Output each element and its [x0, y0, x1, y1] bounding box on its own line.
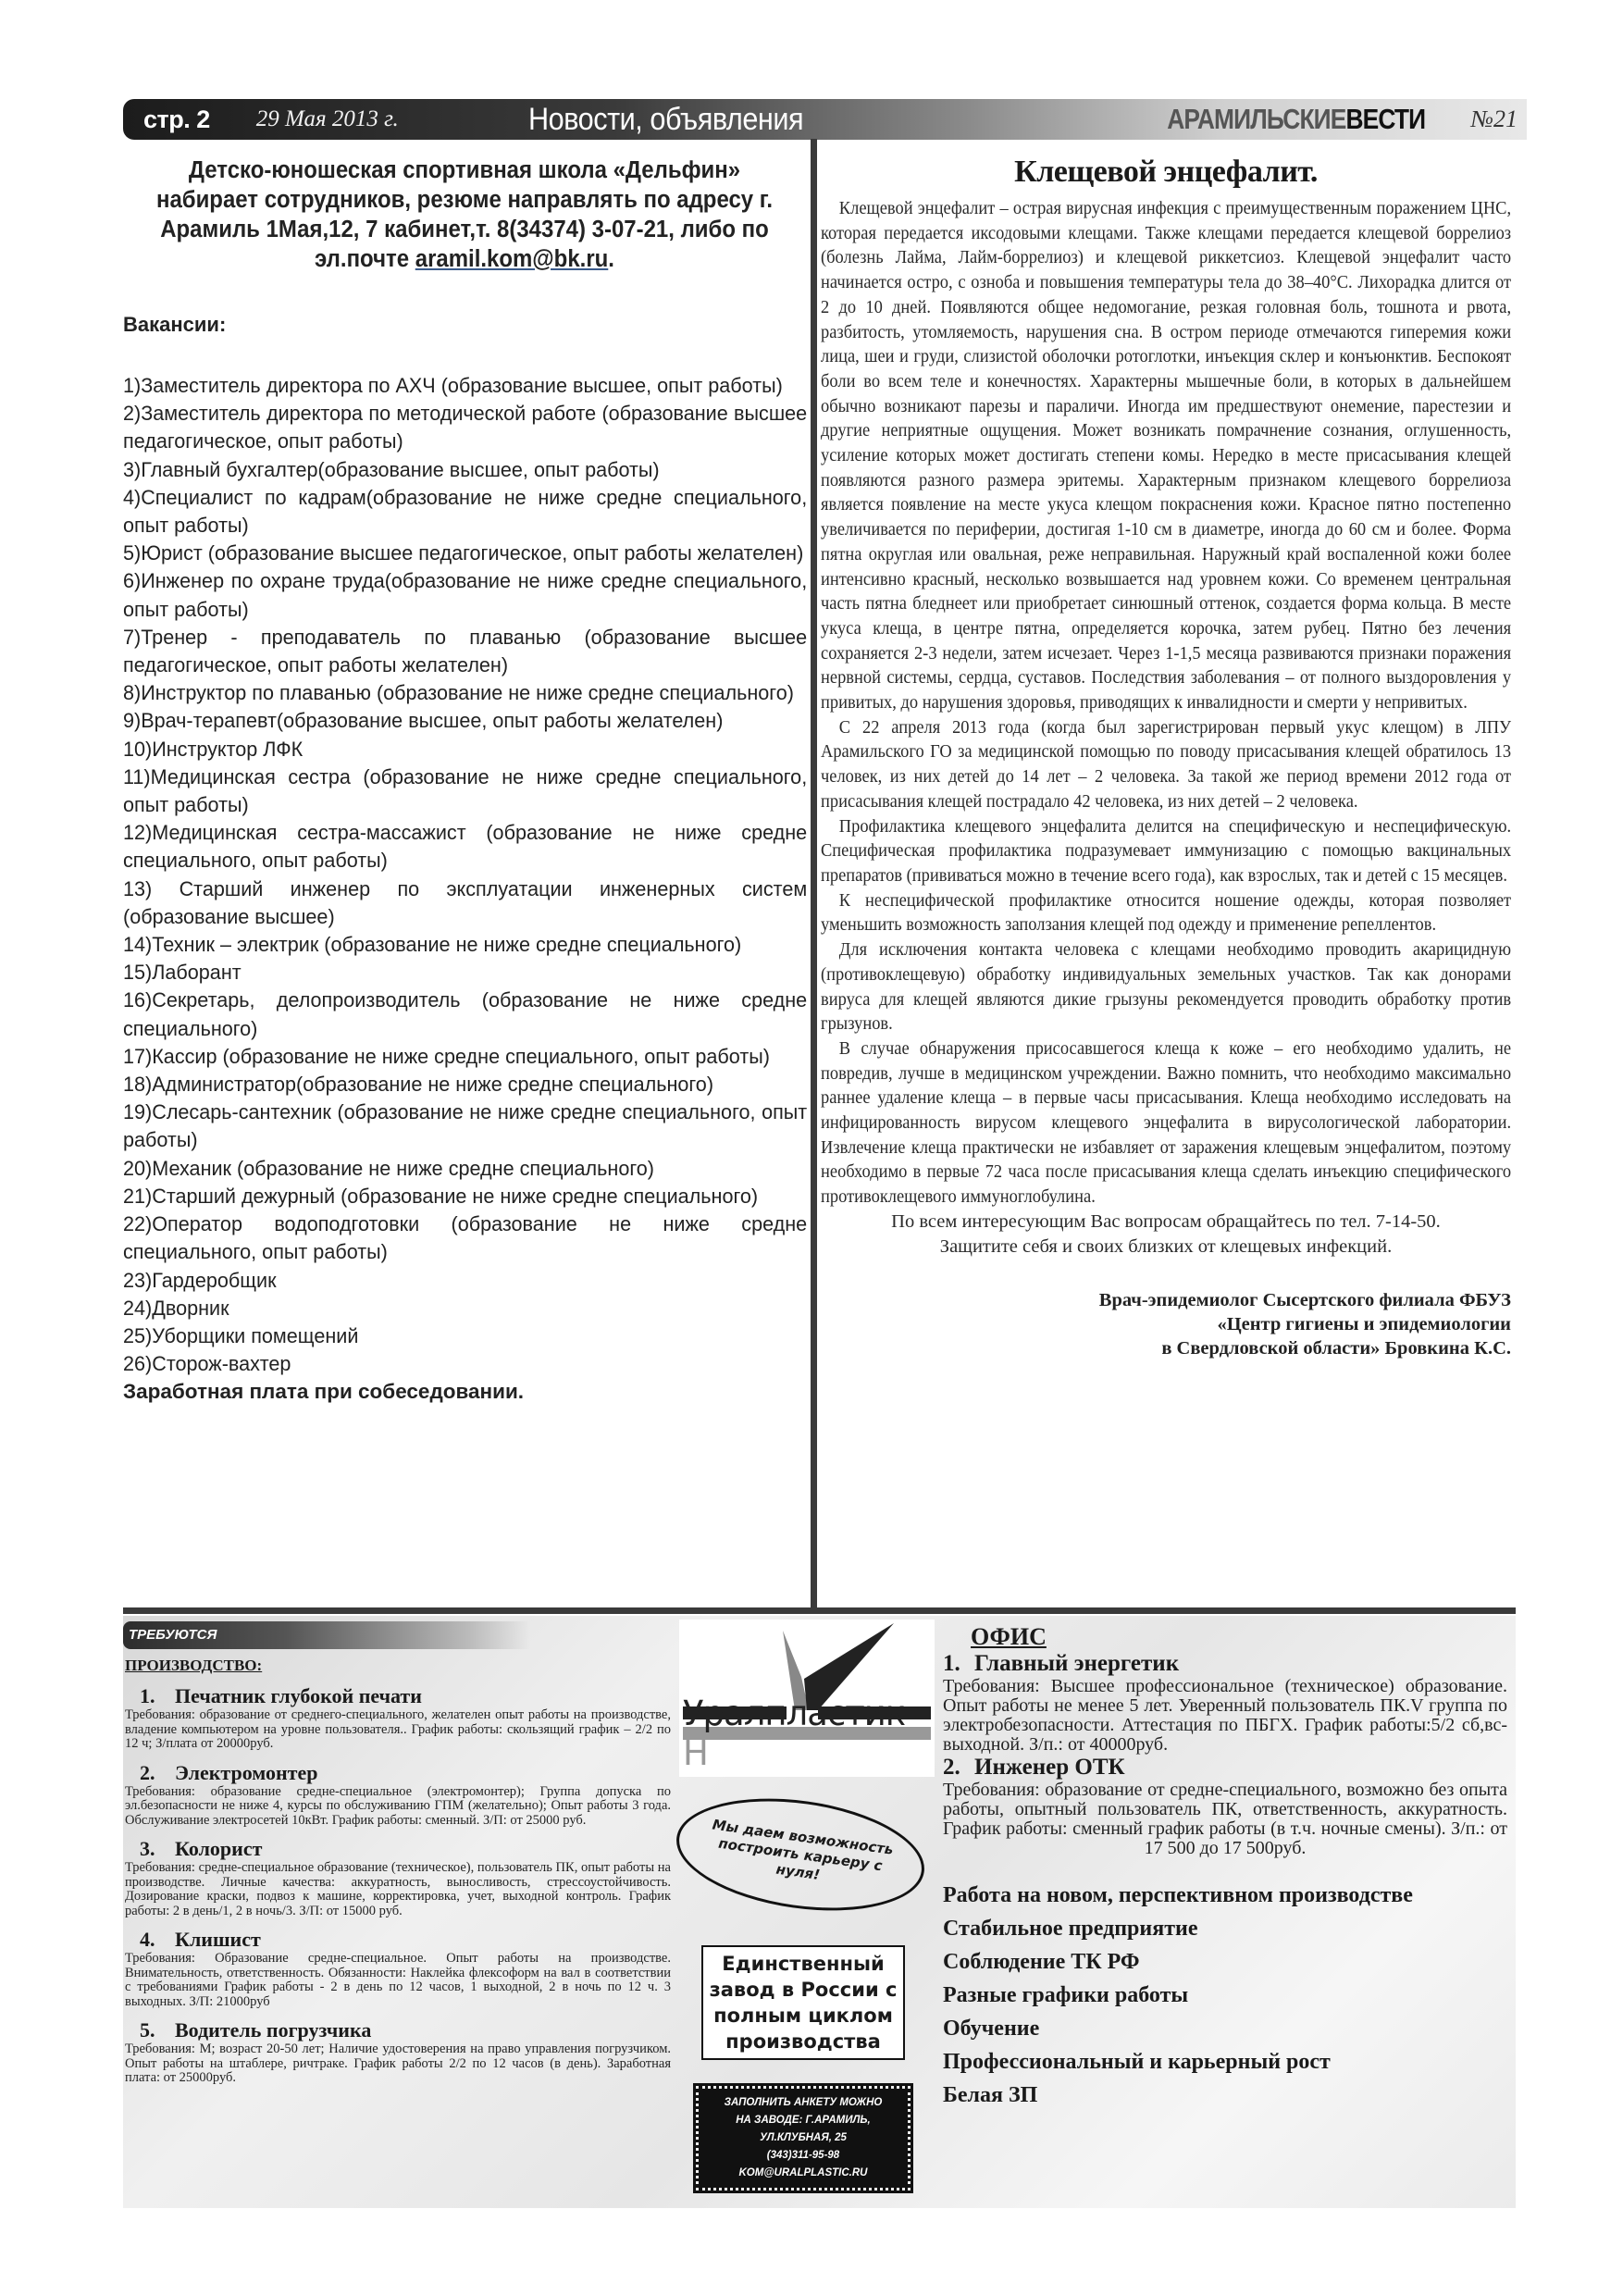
job-number: 2.	[943, 1755, 974, 1781]
vacancy-item: 23)Гардеробщик	[123, 1267, 807, 1295]
vacancy-item: 20)Механик (образование не ниже средне с…	[123, 1155, 807, 1183]
contact-line: НА ЗАВОДЕ: Г.АРАМИЛЬ,	[702, 2112, 904, 2129]
benefit-item: Соблюдение ТК РФ	[943, 1945, 1507, 1979]
company-name-main: Уралпластик-	[683, 1694, 917, 1733]
job-number: 4.	[140, 1928, 175, 1952]
vacancy-item: 1)Заместитель директора по АХЧ (образова…	[123, 372, 807, 400]
article-paragraph: Для исключения контакта человека с клеща…	[821, 937, 1511, 1036]
job-title-text: Главный энергетик	[974, 1651, 1179, 1676]
article-paragraph: С 22 апреля 2013 года (когда был зарегис…	[821, 715, 1511, 814]
ad-tag: ТРЕБУЮТСЯ	[123, 1621, 530, 1649]
salary-note: Заработная плата при собеседовании.	[123, 1378, 806, 1406]
office-job-requirements: Требования: образование от средне-специа…	[943, 1781, 1507, 1858]
office-job-title: 2.Инженер ОТК	[943, 1755, 1507, 1781]
vacancy-item: 6)Инженер по охране труда(образование не…	[123, 567, 807, 623]
job-title: 1.Печатник глубокой печати	[125, 1684, 671, 1708]
job-requirements: Требования: М; возраст 20-50 лет; Наличи…	[125, 2042, 671, 2086]
benefit-item: Обучение	[943, 2012, 1507, 2045]
vacancy-item: 9)Врач-терапевт(образование высшее, опыт…	[123, 707, 807, 735]
brand-bold: ВЕСТИ	[1345, 103, 1425, 135]
school-vacancies: Детско-юношеская спортивная школа «Дельф…	[123, 155, 806, 1406]
office-heading: ОФИС	[971, 1623, 1507, 1651]
benefit-item: Белая ЗП	[943, 2079, 1507, 2112]
job-title-text: Инженер ОТК	[974, 1755, 1125, 1780]
job-title: 3.Колорист	[125, 1837, 671, 1861]
vacancy-item: 10)Инструктор ЛФК	[123, 736, 807, 763]
vacancy-item: 14)Техник – электрик (образование не ниж…	[123, 931, 807, 959]
vacancy-item: 2)Заместитель директора по методической …	[123, 400, 807, 455]
vacancy-item: 24)Дворник	[123, 1295, 807, 1322]
company-logo: Уралпластик-Н	[679, 1620, 935, 1777]
signature-line: в Свердловской области» Бровкина К.С.	[821, 1336, 1511, 1360]
vacancy-item: 21)Старший дежурный (образование не ниже…	[123, 1183, 807, 1210]
brand-light: АРАМИЛЬСКИЕ	[1167, 103, 1345, 135]
job-requirements: Требования: образование средне-специальн…	[125, 1785, 671, 1829]
article-body: Клещевой энцефалит – острая вирусная инф…	[821, 196, 1511, 1210]
production-job-list: 1.Печатник глубокой печатиТребования: об…	[125, 1684, 671, 2086]
vacancy-item: 7)Тренер - преподаватель по плаванью (об…	[123, 624, 807, 679]
vacancy-item: 16)Секретарь, делопроизводитель (образов…	[123, 987, 807, 1042]
vacancy-item: 18)Администратор(образование не ниже сре…	[123, 1071, 807, 1098]
vacancy-item: 8)Инструктор по плаванью (образование не…	[123, 679, 807, 707]
vacancy-item: 12)Медицинская сестра-массажист (образов…	[123, 819, 807, 875]
contact-line: KOM@URALPLASTIC.RU	[702, 2165, 904, 2182]
vacancy-item: 11)Медицинская сестра (образование не ни…	[123, 763, 807, 819]
job-number: 5.	[140, 2018, 175, 2042]
office-job-list: 1.Главный энергетикТребования: Высшее пр…	[943, 1651, 1507, 1858]
job-title: 2.Электромонтер	[125, 1761, 671, 1785]
section-divider	[123, 1607, 1516, 1614]
office-jobs: ОФИС 1.Главный энергетикТребования: Высш…	[943, 1623, 1507, 2112]
vacancy-item: 26)Сторож-вахтер	[123, 1350, 807, 1378]
article-paragraph: К неспецифической профилактике относится…	[821, 888, 1511, 937]
intro-end: .	[608, 246, 614, 272]
vacancy-item: 17)Кассир (образование не ниже средне сп…	[123, 1043, 807, 1071]
contact-stamp: ЗАПОЛНИТЬ АНКЕТУ МОЖНОНА ЗАВОДЕ: Г.АРАМИ…	[696, 2086, 911, 2191]
article-paragraph: В случае обнаружения присосавшегося клещ…	[821, 1036, 1511, 1210]
page-number: стр. 2	[143, 105, 210, 134]
section-title: Новости, объявления	[528, 102, 803, 138]
contact-line: ЗАПОЛНИТЬ АНКЕТУ МОЖНО	[702, 2094, 904, 2112]
unique-plant-box: Единственный завод в России с полным цик…	[701, 1945, 905, 2060]
office-job-title: 1.Главный энергетик	[943, 1651, 1507, 1677]
slogan-oval: Мы даем возможность построить карьеру с …	[669, 1784, 932, 1925]
school-email-link[interactable]: aramil.kom@bk.ru	[415, 246, 609, 272]
uralplastic-ad: ТРЕБУЮТСЯ ПРОИЗВОДСТВО: 1.Печатник глубо…	[123, 1616, 1516, 2208]
company-name-suffix: Н	[683, 1733, 708, 1773]
article-paragraph: Профилактика клещевого энцефалита делитс…	[821, 814, 1511, 888]
issue-number: №21	[1470, 105, 1518, 133]
company-name: Уралпластик-Н	[683, 1694, 935, 1773]
vacancy-item: 4)Специалист по кадрам(образование не ни…	[123, 484, 807, 540]
contact-line: (343)311-95-98	[702, 2147, 904, 2165]
article-contact: По всем интересующим Вас вопросам обраща…	[821, 1210, 1511, 1235]
benefit-item: Работа на новом, перспективном производс…	[943, 1879, 1507, 1912]
job-number: 1.	[943, 1651, 974, 1677]
signature-line: Врач-эпидемиолог Сысертского филиала ФБУ…	[821, 1288, 1511, 1312]
issue-date: 29 Мая 2013 г.	[256, 106, 399, 132]
benefits-list: Работа на новом, перспективном производс…	[943, 1879, 1507, 2112]
article-signature: Врач-эпидемиолог Сысертского филиала ФБУ…	[821, 1288, 1511, 1360]
benefit-item: Стабильное предприятие	[943, 1912, 1507, 1945]
job-title-text: Колорист	[175, 1837, 262, 1860]
job-title-text: Водитель погрузчика	[175, 2018, 371, 2042]
vacancies-list: 1)Заместитель директора по АХЧ (образова…	[123, 372, 806, 1378]
office-job-requirements: Требования: Высшее профессиональное (тех…	[943, 1677, 1507, 1755]
job-title-text: Электромонтер	[175, 1761, 317, 1784]
job-title: 4.Клишист	[125, 1928, 671, 1952]
job-requirements: Требования: Образование средне-специальн…	[125, 1952, 671, 2009]
job-title-text: Клишист	[175, 1928, 261, 1951]
article-paragraph: Клещевой энцефалит – острая вирусная инф…	[821, 196, 1511, 715]
article-closing: Защитите себя и своих близких от клещевы…	[821, 1235, 1511, 1260]
contact-line: УЛ.КЛУБНАЯ, 25	[702, 2129, 904, 2147]
job-title: 5.Водитель погрузчика	[125, 2018, 671, 2042]
newspaper-brand: АРАМИЛЬСКИЕВЕСТИ	[1167, 103, 1425, 136]
job-title-text: Печатник глубокой печати	[175, 1684, 422, 1707]
vacancies-heading: Вакансии:	[123, 313, 806, 337]
job-number: 3.	[140, 1837, 175, 1861]
signature-line: «Центр гигиены и эпидемиологии	[821, 1312, 1511, 1336]
vacancy-item: 3)Главный бухгалтер(образование высшее, …	[123, 456, 807, 484]
production-jobs: ПРОИЗВОДСТВО: 1.Печатник глубокой печати…	[125, 1657, 671, 2095]
vacancy-item: 19)Слесарь-сантехник (образование не ниж…	[123, 1098, 807, 1154]
job-requirements: Требования: средне-специальное образован…	[125, 1861, 671, 1918]
job-number: 1.	[140, 1684, 175, 1708]
job-number: 2.	[140, 1761, 175, 1785]
vacancy-item: 13) Старший инженер по эксплуатации инже…	[123, 875, 807, 931]
company-block: Уралпластик-Н Мы даем возможность постро…	[675, 1620, 939, 2191]
benefit-item: Профессиональный и карьерный рост	[943, 2045, 1507, 2079]
vacancy-item: 15)Лаборант	[123, 959, 807, 987]
production-heading: ПРОИЗВОДСТВО:	[125, 1657, 671, 1675]
job-requirements: Требования: образование от среднего-спец…	[125, 1708, 671, 1752]
article-title: Клещевой энцефалит.	[821, 154, 1511, 191]
page-header: стр. 2 29 Мая 2013 г. Новости, объявлени…	[123, 99, 1527, 140]
school-intro: Детско-юношеская спортивная школа «Дельф…	[143, 155, 786, 274]
column-divider	[811, 139, 817, 1610]
vacancy-item: 5)Юрист (образование высшее педагогическ…	[123, 540, 807, 567]
slogan-text: Мы даем возможность построить карьеру с …	[705, 1816, 896, 1893]
article: Клещевой энцефалит. Клещевой энцефалит –…	[821, 154, 1511, 1360]
vacancy-item: 25)Уборщики помещений	[123, 1322, 807, 1350]
vacancy-item: 22)Оператор водоподготовки (образование …	[123, 1210, 807, 1266]
benefit-item: Разные графики работы	[943, 1979, 1507, 2012]
